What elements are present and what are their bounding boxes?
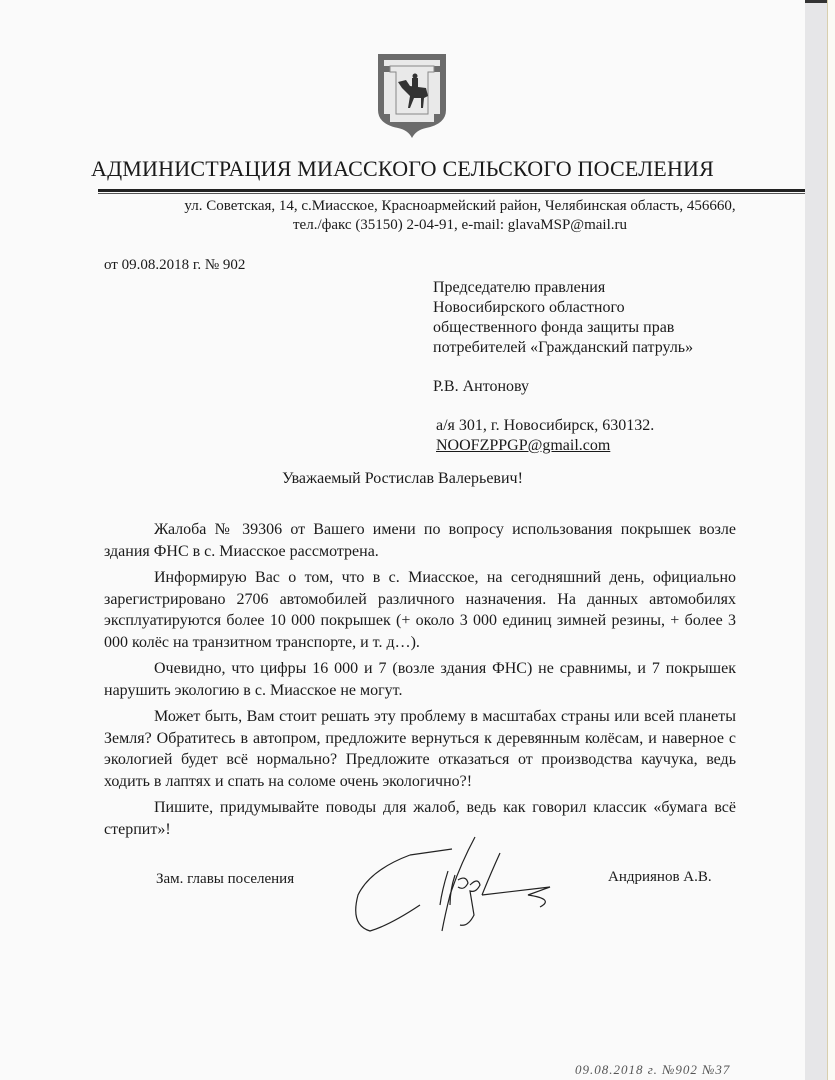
recipient-name: Р.В. Антонову — [433, 377, 693, 397]
letter-page: АДМИНИСТРАЦИЯ МИАССКОГО СЕЛЬСКОГО ПОСЕЛЕ… — [0, 0, 805, 1080]
paragraph: Жалоба № 39306 от Вашего имени по вопрос… — [104, 519, 736, 562]
recipient-line: Новосибирского областного — [433, 298, 693, 318]
recipient-address: а/я 301, г. Новосибирск, 630132. — [433, 416, 693, 436]
scanner-edge — [827, 0, 835, 1080]
recipient-email: NOOFZPPGP@gmail.com — [433, 436, 693, 456]
organization-address: ул. Советская, 14, с.Миасское, Красноарм… — [180, 197, 740, 235]
handwritten-signature-icon — [350, 835, 590, 935]
document-reference: от 09.08.2018 г. № 902 — [104, 257, 245, 274]
recipient-line: общественного фонда защиты прав — [433, 318, 693, 338]
paragraph: Пишите, придумывайте поводы для жалоб, в… — [104, 797, 736, 840]
organization-title: АДМИНИСТРАЦИЯ МИАССКОГО СЕЛЬСКОГО ПОСЕЛЕ… — [0, 156, 805, 182]
recipient-block: Председателю правления Новосибирского об… — [433, 278, 693, 456]
header-divider — [98, 189, 810, 192]
signatory-name: Андриянов А.В. — [608, 869, 712, 886]
address-line-1: ул. Советская, 14, с.Миасское, Красноарм… — [180, 197, 740, 216]
page-edge-mark — [805, 0, 827, 3]
paragraph: Информирую Вас о том, что в с. Миасское,… — [104, 567, 736, 653]
paragraph: Очевидно, что цифры 16 000 и 7 (возле зд… — [104, 658, 736, 701]
coat-of-arms-icon — [376, 52, 448, 138]
recipient-line: потребителей «Гражданский патруль» — [433, 338, 693, 358]
handwritten-registration-note: 09.08.2018 г. №902 №37 — [575, 1062, 730, 1078]
recipient-line: Председателю правления — [433, 278, 693, 298]
signatory-role: Зам. главы поселения — [156, 871, 294, 888]
header-divider-thin — [98, 193, 810, 194]
page-edge-shadow — [805, 0, 827, 1080]
greeting: Уважаемый Ростислав Валерьевич! — [0, 470, 805, 488]
address-line-2: тел./факс (35150) 2-04-91, e-mail: glava… — [180, 216, 740, 235]
paragraph: Может быть, Вам стоит решать эту проблем… — [104, 706, 736, 792]
letter-body: Жалоба № 39306 от Вашего имени по вопрос… — [104, 519, 736, 845]
